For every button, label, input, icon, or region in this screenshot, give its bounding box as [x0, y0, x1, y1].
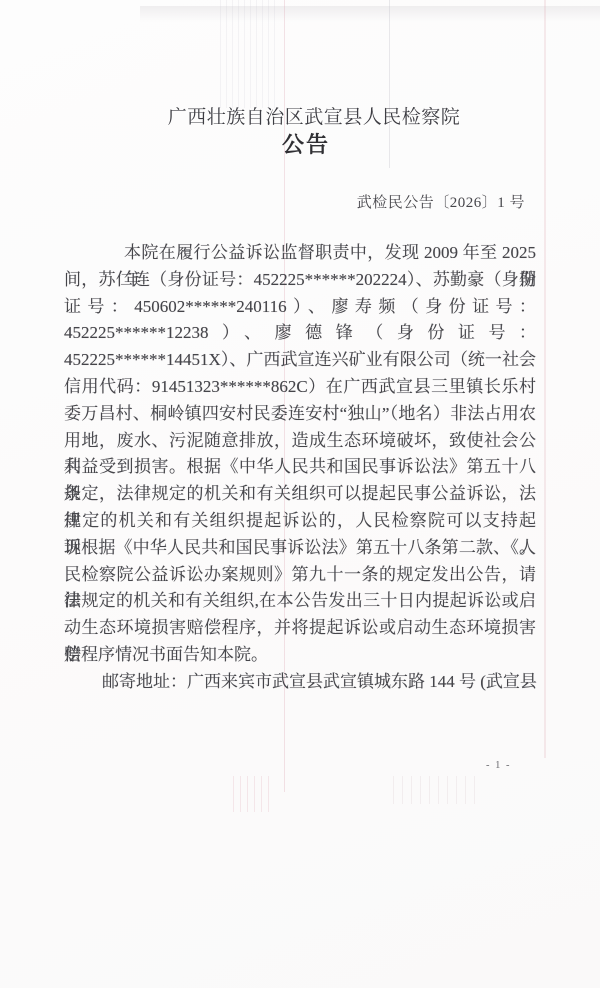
body-line: 民检察院公益诉讼办案规则》第九十一条的规定发出公告，请法	[64, 562, 536, 589]
body-line: 现根据《中华人民共和国民事诉讼法》第五十八条第二款、《人	[64, 535, 536, 562]
body-line: 偿程序情况书面告知本院。	[64, 642, 536, 669]
announcement-body: 本院在履行公益诉讼监督职责中，发现 2009 年至 2025 年期 间，苏仁连（…	[64, 240, 536, 696]
body-line: 利益受到损害。根据《中华人民共和国民事诉讼法》第五十八条	[64, 454, 536, 481]
announcement-title: 公告	[0, 128, 600, 159]
body-line: 动生态环境损害赔偿程序，并将提起诉讼或启动生态环境损害赔	[64, 615, 536, 642]
org-name-title: 广西壮族自治区武宣县人民检察院	[0, 102, 600, 129]
scan-artifact-bottom-streaks-left	[233, 776, 275, 812]
doc-number: 武检民公告〔2026〕1 号	[357, 191, 525, 212]
scan-artifact-streak-cluster	[220, 0, 276, 108]
scan-artifact-bottom-streaks-right	[393, 776, 477, 804]
body-line: 本院在履行公益诉讼监督职责中，发现 2009 年至 2025 年期	[64, 240, 536, 267]
body-line: 452225******12238）、廖德锋（身份证号：	[64, 320, 536, 347]
scanned-announcement-page: 广西壮族自治区武宣县人民检察院 公告 武检民公告〔2026〕1 号 本院在履行公…	[0, 0, 600, 988]
body-line: 规定的机关和有关组织提起诉讼的，人民检察院可以支持起诉。	[64, 508, 536, 535]
body-line: 信用代码：91451323******862C）在广西武宣县三里镇长乐村	[64, 374, 536, 401]
scan-artifact-top-band	[140, 6, 600, 22]
body-line: 452225******14451X）、广西武宣连兴矿业有限公司（统一社会	[64, 347, 536, 374]
body-line: 证号：450602******240116）、廖寿频（身份证号：	[64, 294, 536, 321]
body-line: 用地，废水、污泥随意排放，造成生态环境破坏，致使社会公共	[64, 428, 536, 455]
body-line-mailing-address: 邮寄地址：广西来宾市武宣县武宣镇城东路 144 号 (武宣县	[64, 669, 536, 696]
body-line: 律规定的机关和有关组织,在本公告发出三十日内提起诉讼或启	[64, 588, 536, 615]
body-line: 间，苏仁连（身份证号：452225******202224）、苏勤豪（身份	[64, 267, 536, 294]
page-number: - 1 -	[486, 760, 511, 771]
body-line: 委万昌村、桐岭镇四安村民委连安村“独山”（地名）非法占用农	[64, 401, 536, 428]
body-line: 规定，法律规定的机关和有关组织可以提起民事公益诉讼，法律	[64, 481, 536, 508]
